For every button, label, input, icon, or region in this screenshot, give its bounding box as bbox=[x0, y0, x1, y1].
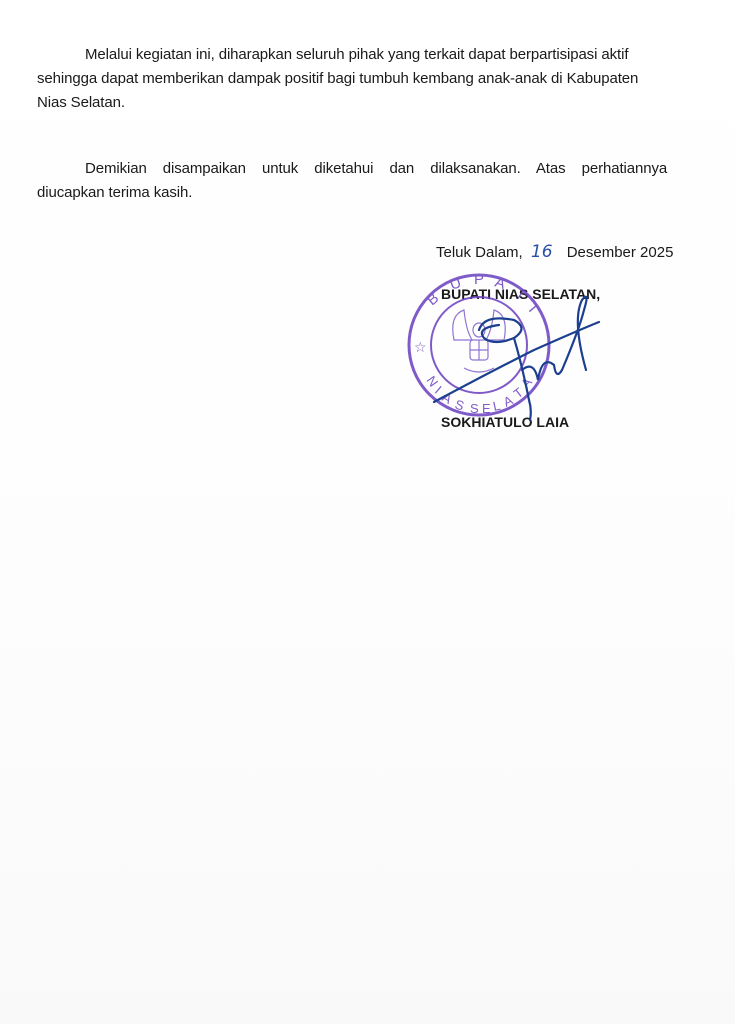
signatory-name: SOKHIATULO LAIA bbox=[441, 414, 569, 430]
document-page: Melalui kegiatan ini, diharapkan seluruh… bbox=[0, 0, 735, 1024]
svg-text:S: S bbox=[453, 397, 466, 414]
signature-block: Teluk Dalam, 16 Desember 2025 BUPATI NIA… bbox=[436, 240, 726, 265]
svg-text:B: B bbox=[424, 290, 443, 309]
paragraph-line: Nias Selatan. bbox=[37, 91, 692, 115]
svg-text:I: I bbox=[432, 383, 444, 397]
signing-date: Teluk Dalam, 16 Desember 2025 bbox=[436, 240, 726, 265]
svg-text:A: A bbox=[440, 390, 455, 407]
paragraph-participation: Melalui kegiatan ini, diharapkan seluruh… bbox=[37, 43, 692, 115]
handwritten-signature-icon bbox=[434, 297, 599, 420]
paragraph-line: Melalui kegiatan ini, diharapkan seluruh… bbox=[37, 43, 692, 67]
handwritten-day: 16 bbox=[531, 242, 553, 262]
signatory-position: BUPATI NIAS SELATAN, bbox=[441, 286, 600, 302]
paragraph-line: Demikian disampaikan untuk diketahui dan… bbox=[37, 157, 692, 181]
svg-text:☆: ☆ bbox=[414, 340, 427, 356]
svg-text:A: A bbox=[518, 374, 535, 391]
paragraph-line-text: Melalui kegiatan ini, diharapkan seluruh… bbox=[85, 46, 628, 63]
signing-month-year: Desember 2025 bbox=[567, 244, 674, 261]
svg-text:T: T bbox=[511, 385, 527, 402]
svg-text:A: A bbox=[501, 392, 515, 409]
svg-text:N: N bbox=[424, 373, 442, 389]
svg-text:L: L bbox=[492, 398, 502, 414]
paragraph-line: diucapkan terima kasih. bbox=[37, 181, 692, 205]
paragraph-closing: Demikian disampaikan untuk diketahui dan… bbox=[37, 157, 692, 205]
svg-text:I: I bbox=[525, 302, 541, 316]
paragraph-line-text: Demikian disampaikan untuk diketahui dan… bbox=[85, 160, 667, 177]
garuda-emblem-icon bbox=[453, 310, 506, 372]
paragraph-line: sehingga dapat memberikan dampak positif… bbox=[37, 67, 692, 91]
signing-place: Teluk Dalam, bbox=[436, 244, 523, 261]
